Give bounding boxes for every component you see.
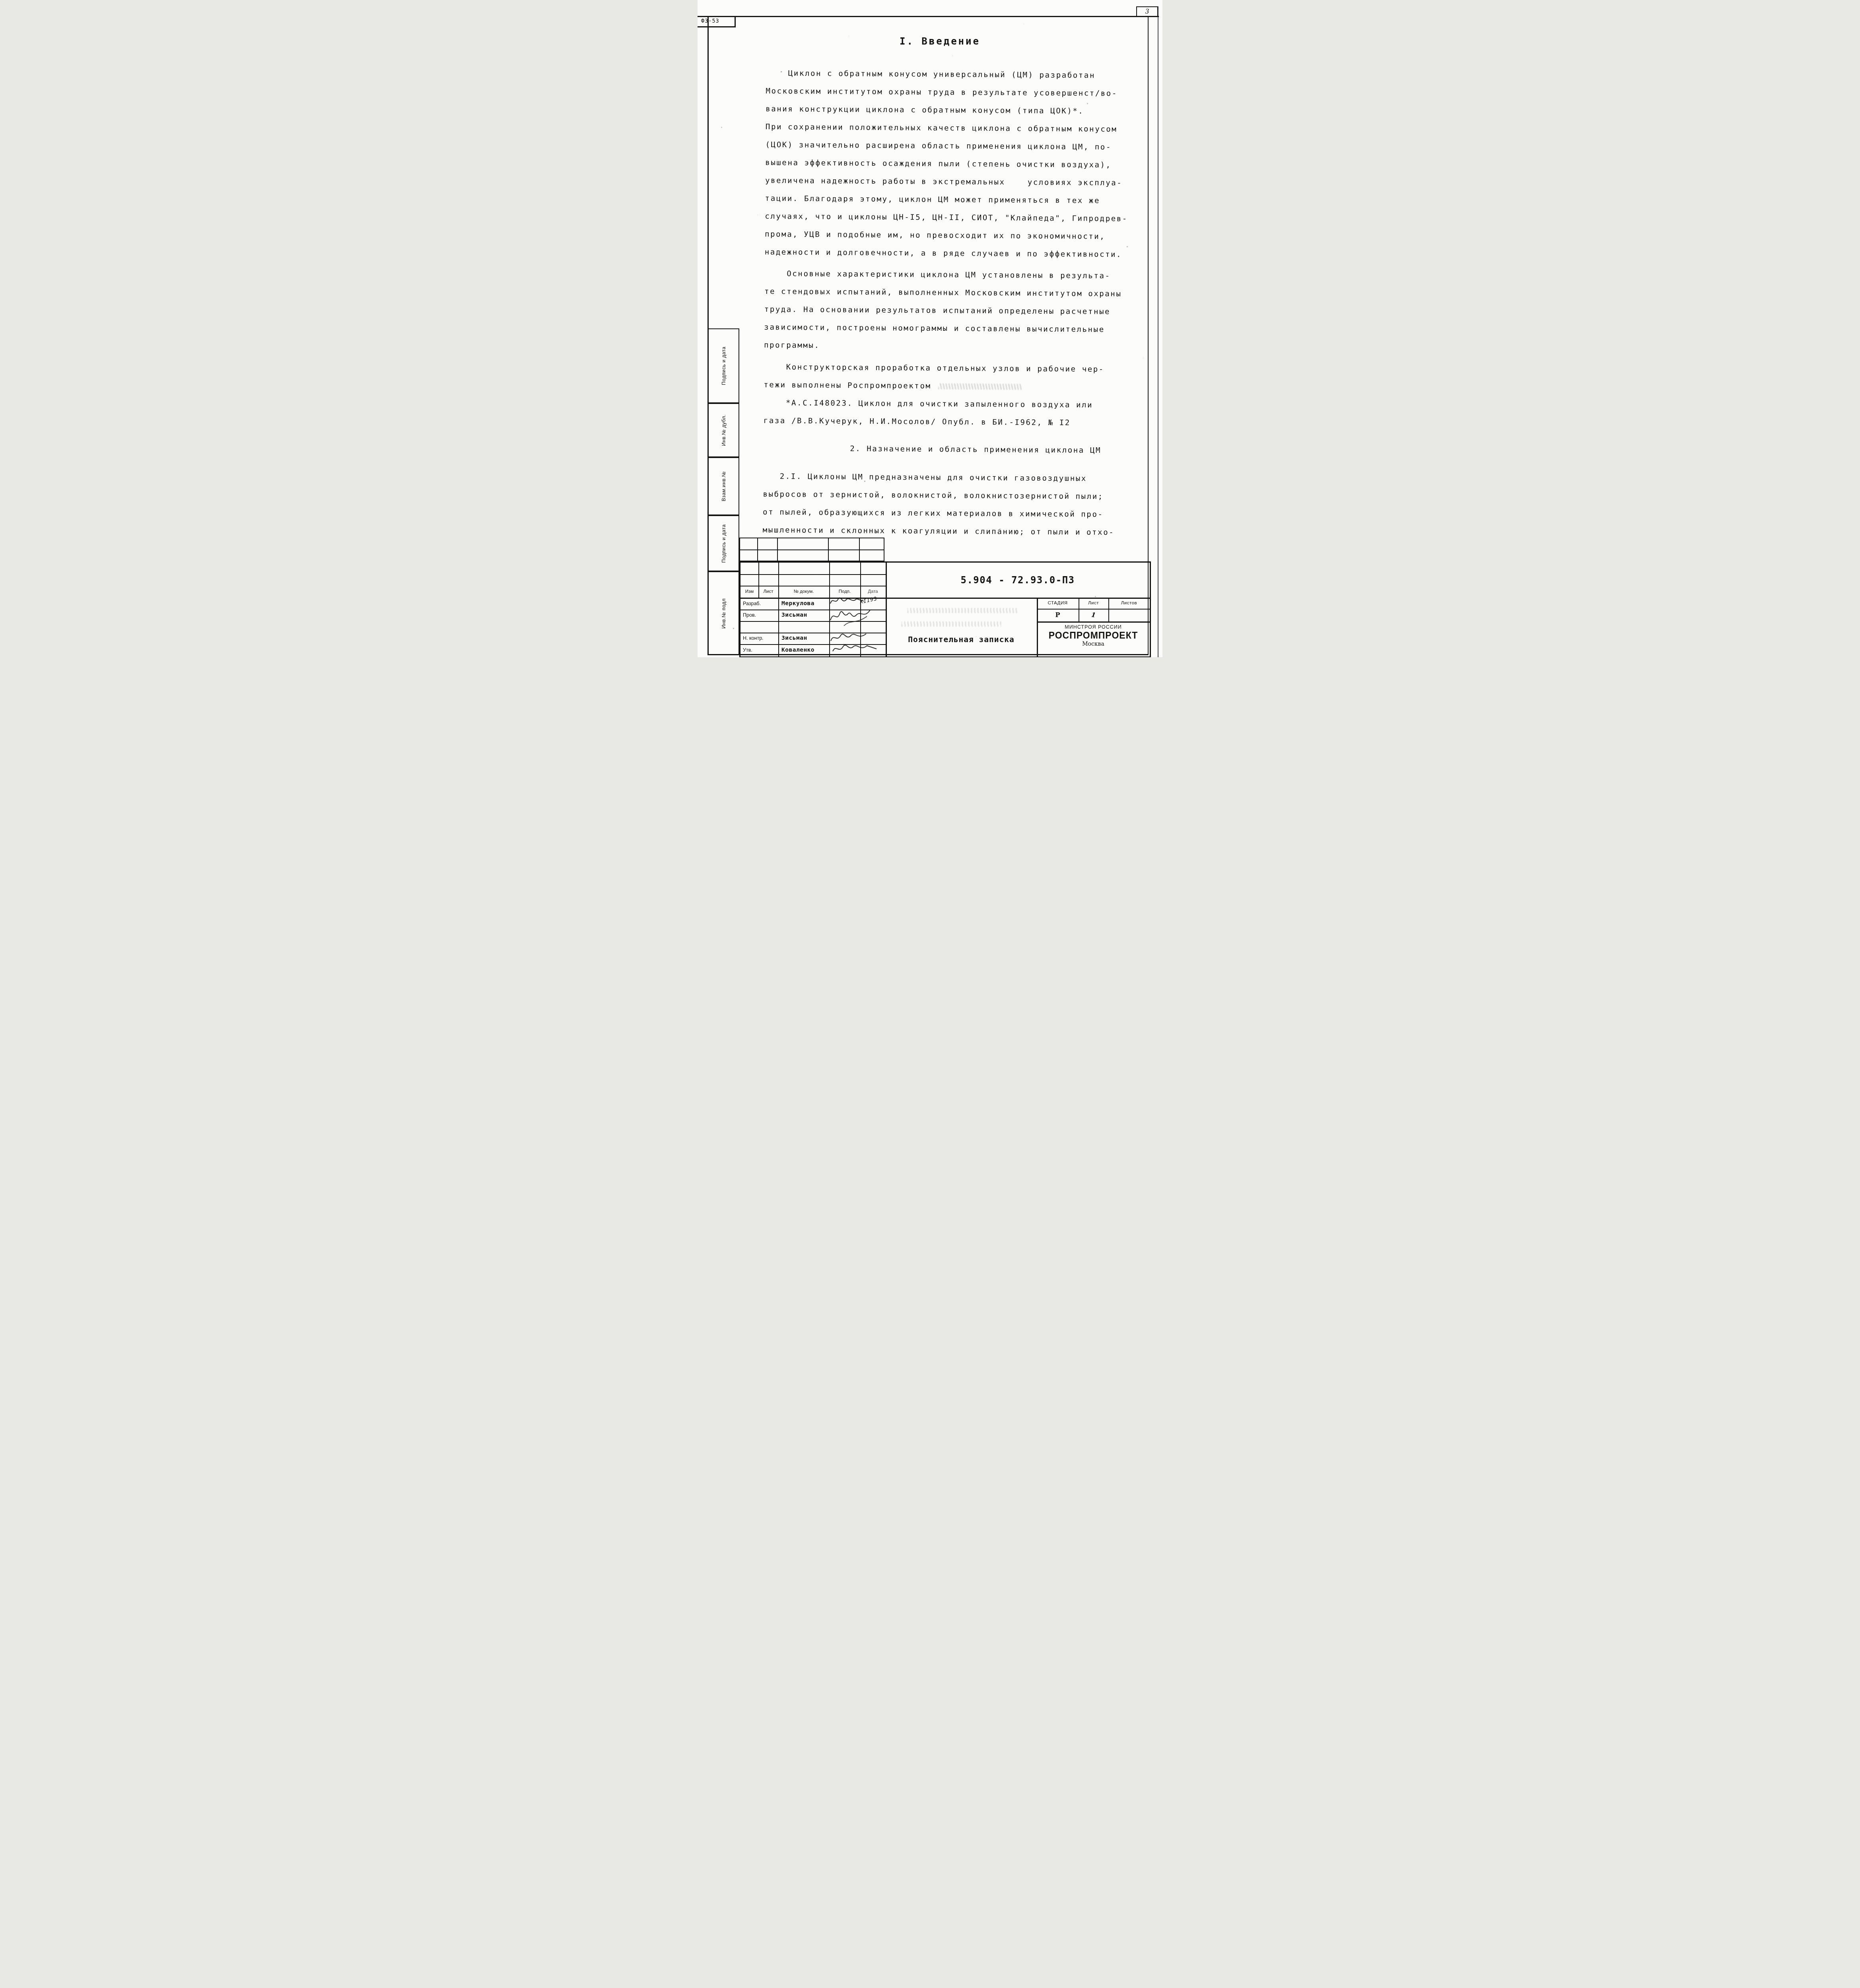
organization-cell: МИНСТРОЯ РОССИИ РОСПРОМПРОЕКТ Москва (1037, 621, 1150, 656)
text-line: вания конструкции циклона с обратным кон… (766, 100, 1139, 121)
row-role: Пров. (741, 610, 778, 621)
sidebar-label: Подпись и дата (721, 524, 727, 563)
text-line: случаях, что и циклоны ЦН-I5, ЦН-II, СИО… (765, 208, 1139, 228)
text-line: тации. Благодаря этому, циклон ЦМ может … (765, 190, 1139, 210)
row-role: Утв. (741, 644, 778, 656)
form-code: Ф3-53 (701, 18, 719, 24)
organization-city: Москва (1037, 641, 1150, 647)
frame-top-rule (698, 16, 1159, 17)
document-title: Пояснительная записка (886, 635, 1037, 644)
grid-line (859, 538, 860, 561)
text-line-part: тежи выполнены Роспромпроектом (764, 381, 931, 390)
sidebar-box-sign-date-1: Подпись и дата (709, 328, 739, 403)
organization-name: РОСПРОМПРОЕКТ (1037, 630, 1150, 641)
sidebar-box-inv-dupl: Инв.№ дубл. (709, 403, 739, 457)
col-header-list: Лист (758, 586, 778, 598)
text-line: вышена эффективность осаждения пыли (сте… (765, 154, 1139, 175)
text-line: При сохранении положительных качеств цик… (766, 118, 1139, 139)
section-heading-introduction: I. Введение (900, 36, 980, 47)
grid-line (757, 538, 758, 561)
sheets-value (1108, 609, 1150, 621)
row-name: Зисьман (778, 610, 829, 621)
signature-scribble-prov (828, 607, 873, 627)
section-heading-purpose: 2. Назначение и область применения цикло… (763, 439, 1137, 460)
row-role: Разраб. (741, 598, 778, 610)
row-name: Зисьман (778, 633, 829, 644)
col-header-doc-no: № докум. (778, 586, 829, 598)
illegible-stamp-mark (902, 621, 1001, 627)
row-name: Меркулова (778, 598, 829, 610)
sheet-number-box: 3 (1136, 6, 1158, 17)
text-line: от пылей, образующихся из легких материа… (763, 503, 1137, 524)
ministry-name: МИНСТРОЯ РОССИИ (1037, 624, 1150, 630)
sidebar-label: Подпись и дата (721, 347, 727, 385)
sidebar-box-sign-date-2: Подпись и дата (709, 515, 739, 571)
text-line: Циклон с обратным конусом универсальный … (766, 64, 1140, 85)
signature-scribble-utv (831, 641, 878, 654)
row-name (778, 621, 829, 633)
row-role: Н. контр. (741, 633, 778, 644)
footnote-line: газа /В.В.Кучерук, Н.И.Мосолов/ Опубл. в… (764, 412, 1137, 433)
text-line: прома, УЦВ и подобные им, но превосходит… (765, 225, 1139, 246)
text-line: зависимости, построены номограммы и сост… (764, 318, 1138, 339)
text-line: увеличена надежность работы в экстремаль… (765, 172, 1139, 192)
change-table-empty-rows (739, 538, 884, 561)
text-line: (ЦОК) значительно расширена область прим… (765, 136, 1139, 157)
text-line: 2.I. Циклоны ЦМ предназначены для очистк… (763, 468, 1137, 488)
sheet-edge-rule (1158, 6, 1158, 657)
scanned-document-page: Ф3-53 3 Подпись и дата Инв.№ дубл. Взам.… (698, 0, 1162, 657)
illegible-stamp-mark (908, 608, 1019, 613)
title-block: Изм Лист № докум. Подп. Дата Разраб. Мер… (739, 561, 1151, 657)
row-role (741, 621, 778, 633)
text-line: Основные характеристики циклона ЦМ устан… (764, 265, 1138, 285)
typewritten-text-block: Циклон с обратным конусом универсальный … (763, 64, 1140, 542)
footnote-line: *А.С.I48023. Циклон для очистки запыленн… (764, 394, 1137, 415)
sidebar-label: Взам.инв.№ (721, 471, 727, 501)
sheets-header: Листов (1108, 598, 1150, 609)
text-line: выбросов от зернистой, волокнистой, воло… (763, 485, 1137, 506)
text-line: надежности и долговечности, а в ряде слу… (765, 243, 1139, 264)
text-line: те стендовых испытаний, выполненных Моск… (764, 283, 1138, 303)
grid-line (741, 574, 886, 575)
grid-line (777, 538, 778, 561)
document-title-cell: Пояснительная записка (886, 598, 1037, 656)
sheet-number: 3 (1145, 8, 1149, 15)
stage-value: Р (1037, 609, 1079, 621)
row-name: Коваленко (778, 644, 829, 656)
scan-speckles (698, 0, 698, 0)
text-line: программы. (764, 336, 1138, 357)
col-header-izm: Изм (741, 586, 758, 598)
sidebar-box-vzam-inv: Взам.инв.№ (709, 457, 739, 515)
grid-line (740, 549, 884, 550)
document-number: 5.904 - 72.93.0-ПЗ (886, 563, 1150, 598)
frame-right-inner-rule (1148, 17, 1149, 655)
grid-line (828, 538, 829, 561)
text-line: тежи выполнены Роспромпроектом (764, 376, 1137, 397)
text-line: Конструкторская проработка отдельных узл… (764, 358, 1138, 379)
form-code-box: Ф3-53 (698, 16, 736, 27)
sidebar-box-inv-podl: Инв.№ подл (709, 571, 739, 655)
illegible-stamp-mark (938, 383, 1022, 390)
text-line: Московским институтом охраны труда в рез… (766, 82, 1139, 103)
sidebar-label: Инв.№ подл (721, 598, 727, 629)
stage-header: СТАДИЯ (1037, 598, 1079, 609)
text-line: труда. На основании результатов испытани… (764, 301, 1138, 321)
sidebar-label: Инв.№ дубл. (721, 414, 727, 446)
